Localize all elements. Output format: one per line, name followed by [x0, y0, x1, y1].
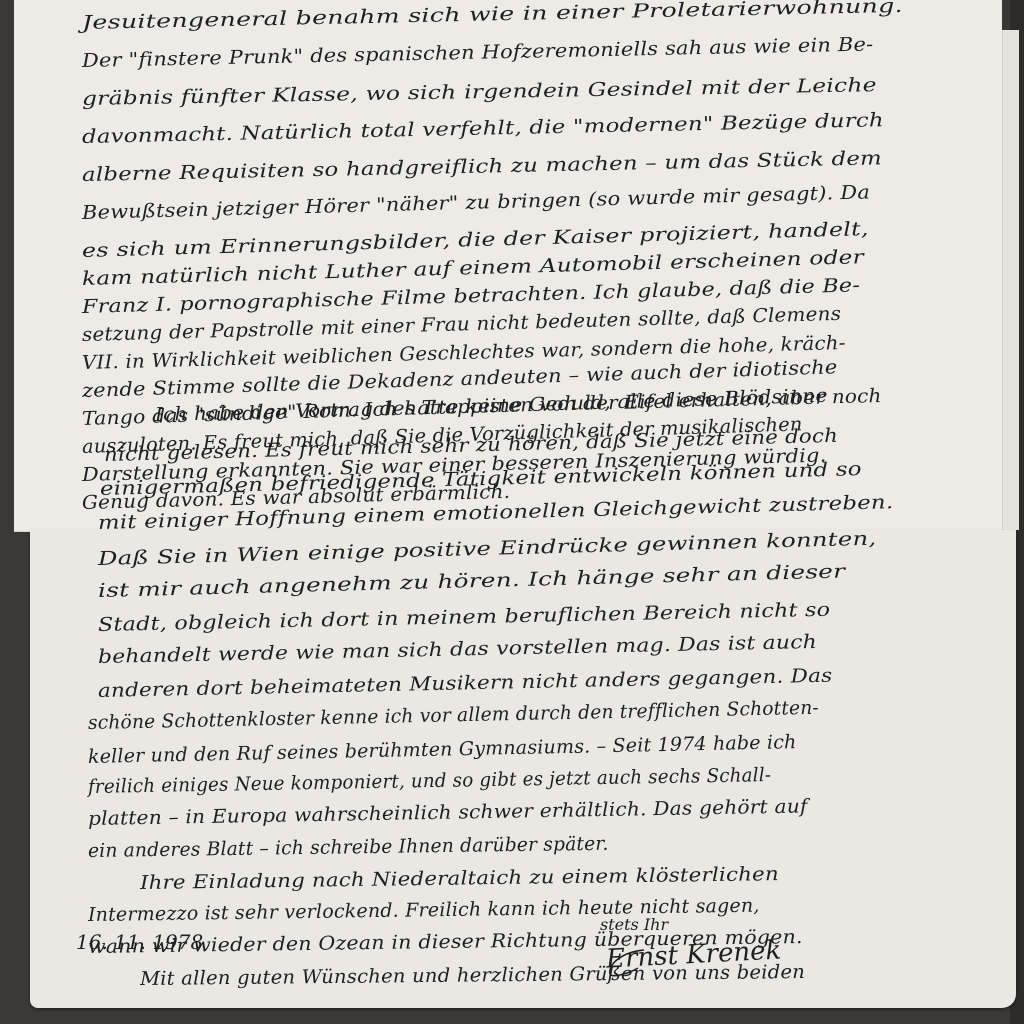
letter-line: anderen dort beheimateten Musikern nicht… [98, 665, 833, 702]
letter-date: 16. 11. 1978 [76, 930, 203, 954]
letter-line: Ich habe den Vortrag des Trappisten von … [155, 385, 882, 426]
letter-line: keller und den Ruf seines berühmten Gymn… [88, 731, 797, 768]
letter-line: Ihre Einladung nach Niederaltaich zu ein… [140, 863, 779, 894]
letter-closing: stets Ihr [600, 915, 668, 934]
letter-line: schöne Schottenkloster kenne ich vor all… [88, 697, 819, 734]
letter-line: freilich einiges Neue komponiert, und so… [88, 764, 771, 798]
letter-line: einigermaßen befriedigende Tätigkeit ent… [100, 458, 862, 500]
letter-line: nicht gelesen. Es freut mich sehr zu hör… [104, 425, 839, 466]
letter-line: behandelt werde wie man sich das vorstel… [98, 631, 817, 668]
letter-body-lower: Ich habe den Vortrag des Trappisten von … [0, 0, 1024, 1024]
letter-line: Stadt, obgleich ich dort in meinem beruf… [98, 599, 831, 636]
letter-line: ein anderes Blatt – ich schreibe Ihnen d… [88, 833, 609, 862]
letter-line: platten – in Europa wahrscheinlich schwe… [88, 795, 808, 830]
letter-line: mit einiger Hoffnung einem emotionellen … [98, 491, 894, 534]
